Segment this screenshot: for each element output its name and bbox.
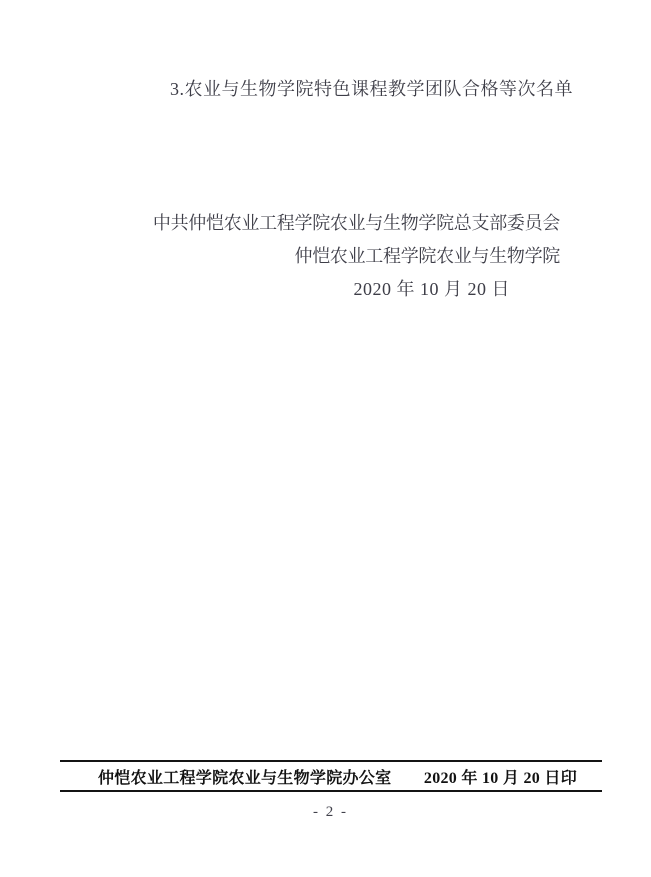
- signature-date: 2020 年 10 月 20 日: [153, 273, 560, 306]
- page-number: - 2 -: [10, 804, 651, 821]
- signature-block: 中共仲恺农业工程学院农业与生物学院总支部委员会 仲恺农业工程学院农业与生物学院 …: [153, 207, 560, 306]
- document-page: 3.农业与生物学院特色课程教学团队合格等次名单 中共仲恺农业工程学院农业与生物学…: [0, 0, 651, 877]
- signature-committee-line: 中共仲恺农业工程学院农业与生物学院总支部委员会: [153, 207, 560, 240]
- footer-rule-bar: 仲恺农业工程学院农业与生物学院办公室 2020 年 10 月 20 日印: [60, 760, 602, 792]
- attachment-heading: 3.农业与生物学院特色课程教学团队合格等次名单: [170, 78, 573, 100]
- footer-office-name: 仲恺农业工程学院农业与生物学院办公室: [98, 765, 391, 788]
- signature-college-line: 仲恺农业工程学院农业与生物学院: [153, 240, 560, 273]
- footer-print-date: 2020 年 10 月 20 日印: [424, 765, 577, 788]
